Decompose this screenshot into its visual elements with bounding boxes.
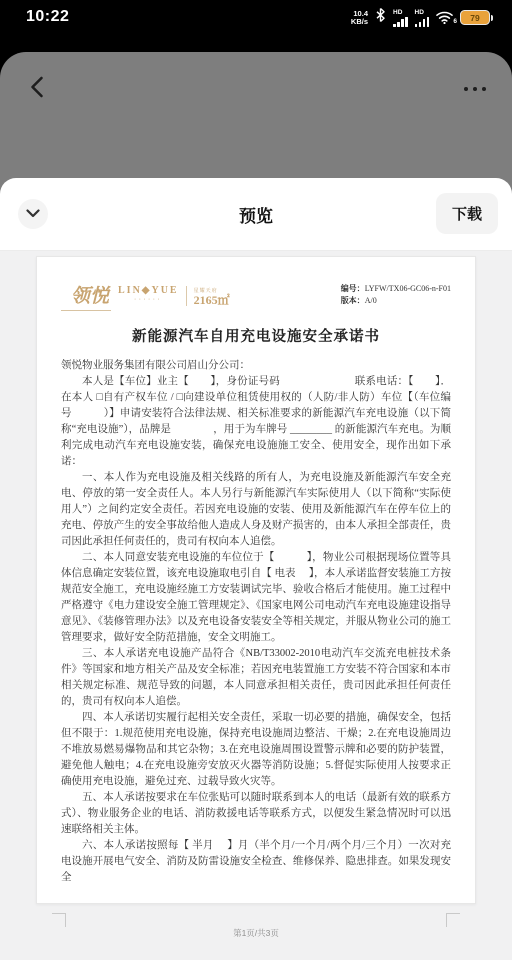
dot-icon <box>473 87 477 91</box>
status-bar: 10:22 10.4 KB/s HD HD 6 79 <box>0 0 512 52</box>
sim2-signal-icon: HD <box>415 9 430 27</box>
battery-icon: 79 <box>460 10 490 25</box>
dot-icon <box>464 87 468 91</box>
download-button[interactable]: 下载 <box>436 193 498 234</box>
salutation: 领悦物业服务集团有限公司眉山分公司： <box>61 358 451 374</box>
paragraph: 三、本人承诺充电设施产品符合《NB/T33002-2010电动汽车交流充电桩技术… <box>61 646 451 710</box>
doc-no-value: LYFW/TX06-GC06-n-F01 <box>365 284 451 293</box>
dot-icon <box>482 87 486 91</box>
logo-area-text: 星耀天府 2165㎡ <box>194 287 230 305</box>
page-corner-mark-left <box>52 913 66 927</box>
document-codes: 编号：LYFW/TX06-GC06-n-F01 版本：A/0 <box>341 277 451 307</box>
document-header: 领悦 LIN◆YUE ······ 星耀天府 2165㎡ 编号：LYFW/TX0… <box>61 277 451 311</box>
lingyue-logo: 领悦 LIN◆YUE ······ 星耀天府 2165㎡ <box>61 277 230 311</box>
back-button[interactable] <box>20 72 54 106</box>
sheet-header: 预览 下载 <box>0 178 512 250</box>
page-corner-mark-right <box>446 913 460 927</box>
page-indicator: 第1页/共3页 <box>0 927 512 939</box>
logo-latin-text: LIN◆YUE ······ <box>118 286 179 306</box>
version-value: A/0 <box>365 296 377 305</box>
bluetooth-icon <box>375 8 386 27</box>
document-title: 新能源汽车自用充电设施安全承诺书 <box>61 325 451 346</box>
paragraph: 一、本人作为充电设施及相关线路的所有人，为充电设施及新能源汽车安全充电、停放的第… <box>61 470 451 550</box>
doc-no-label: 编号： <box>341 284 365 293</box>
network-speed: 10.4 KB/s <box>351 10 368 26</box>
sim1-signal-icon: HD <box>393 9 408 27</box>
paragraph: 二、本人同意安装充电设施的车位位于【 】，物业公司根据现场位置等具体信息确定安装… <box>61 550 451 646</box>
app-nav-bar <box>0 52 512 108</box>
logo-separator <box>186 286 187 306</box>
paragraph: 五、本人承诺按要求在车位张贴可以随时联系到本人的电话（最新有效的联系方式）、物业… <box>61 790 451 838</box>
more-options-button[interactable] <box>462 81 488 97</box>
logo-script-text: 领悦 <box>61 281 111 311</box>
clock: 10:22 <box>26 8 69 26</box>
wifi-icon: 6 <box>436 11 453 24</box>
paragraph: 六、本人承诺按照每【 半月 】月（半个月/一个月/两个月/三个月）一次对充电设施… <box>61 838 451 886</box>
document-page: 领悦 LIN◆YUE ······ 星耀天府 2165㎡ 编号：LYFW/TX0… <box>36 256 476 904</box>
paragraph: 四、本人承诺切实履行起相关安全责任，采取一切必要的措施，确保安全，包括但不限于：… <box>61 710 451 790</box>
screen: 10:22 10.4 KB/s HD HD 6 79 <box>0 0 512 960</box>
document-preview-area[interactable]: 领悦 LIN◆YUE ······ 星耀天府 2165㎡ 编号：LYFW/TX0… <box>0 251 512 960</box>
document-body: 领悦物业服务集团有限公司眉山分公司： 本人是【车位】业主【 】，身份证号码 联系… <box>61 358 451 886</box>
chevron-left-icon <box>28 76 46 103</box>
version-label: 版本： <box>341 296 365 305</box>
preview-sheet: 预览 下载 领悦 LIN◆YUE ······ 星耀天府 2 <box>0 178 512 960</box>
paragraph: 本人是【车位】业主【 】，身份证号码 联系电话：【 】．在本人 □自有产权车位 … <box>61 374 451 470</box>
